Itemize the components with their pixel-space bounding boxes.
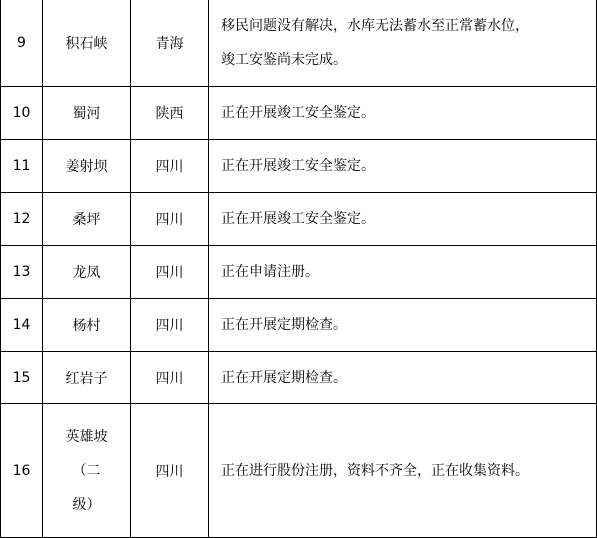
row-number: 14 (1, 299, 43, 352)
station-name-line: （二 (43, 454, 130, 488)
table-row: 12 桑坪 四川 正在开展竣工安全鉴定。 (1, 193, 597, 246)
status-text: 正在进行股份注册，资料不齐全，正在收集资料。 (209, 404, 597, 538)
status-text: 正在开展定期检查。 (209, 299, 597, 352)
row-number: 9 (1, 0, 43, 87)
status-text: 正在开展竣工安全鉴定。 (209, 140, 597, 193)
status-text: 正在开展竣工安全鉴定。 (209, 87, 597, 140)
province: 四川 (131, 246, 209, 299)
status-text: 正在开展竣工安全鉴定。 (209, 193, 597, 246)
station-name: 蜀河 (43, 87, 131, 140)
row-number: 13 (1, 246, 43, 299)
row-number: 16 (1, 404, 43, 538)
table-row: 10 蜀河 陕西 正在开展竣工安全鉴定。 (1, 87, 597, 140)
station-name-line: 级） (43, 488, 130, 522)
status-text: 正在开展定期检查。 (209, 352, 597, 404)
station-name-line: 英雄坡 (43, 420, 130, 454)
row-number: 15 (1, 352, 43, 404)
province: 陕西 (131, 87, 209, 140)
row-number: 12 (1, 193, 43, 246)
table-row: 9 积石峡 青海 移民问题没有解决，水库无法蓄水至正常蓄水位， 竣工安鉴尚未完成… (1, 0, 597, 87)
table-row: 13 龙凤 四川 正在申请注册。 (1, 246, 597, 299)
status-line: 竣工安鉴尚未完成。 (221, 43, 596, 77)
table-row: 14 杨村 四川 正在开展定期检查。 (1, 299, 597, 352)
row-number: 10 (1, 87, 43, 140)
province: 四川 (131, 299, 209, 352)
station-name: 桑坪 (43, 193, 131, 246)
province: 四川 (131, 404, 209, 538)
table-row: 11 姜射坝 四川 正在开展竣工安全鉴定。 (1, 140, 597, 193)
station-name: 姜射坝 (43, 140, 131, 193)
dam-status-table: 9 积石峡 青海 移民问题没有解决，水库无法蓄水至正常蓄水位， 竣工安鉴尚未完成… (0, 0, 597, 538)
station-name: 积石峡 (43, 0, 131, 87)
table-row: 16 英雄坡 （二 级） 四川 正在进行股份注册，资料不齐全，正在收集资料。 (1, 404, 597, 538)
province: 青海 (131, 0, 209, 87)
province: 四川 (131, 193, 209, 246)
station-name: 英雄坡 （二 级） (43, 404, 131, 538)
station-name: 杨村 (43, 299, 131, 352)
status-text: 正在申请注册。 (209, 246, 597, 299)
status-line: 移民问题没有解决，水库无法蓄水至正常蓄水位， (221, 9, 596, 43)
status-text: 移民问题没有解决，水库无法蓄水至正常蓄水位， 竣工安鉴尚未完成。 (209, 0, 597, 87)
table-row: 15 红岩子 四川 正在开展定期检查。 (1, 352, 597, 404)
station-name: 红岩子 (43, 352, 131, 404)
province: 四川 (131, 140, 209, 193)
row-number: 11 (1, 140, 43, 193)
province: 四川 (131, 352, 209, 404)
station-name: 龙凤 (43, 246, 131, 299)
